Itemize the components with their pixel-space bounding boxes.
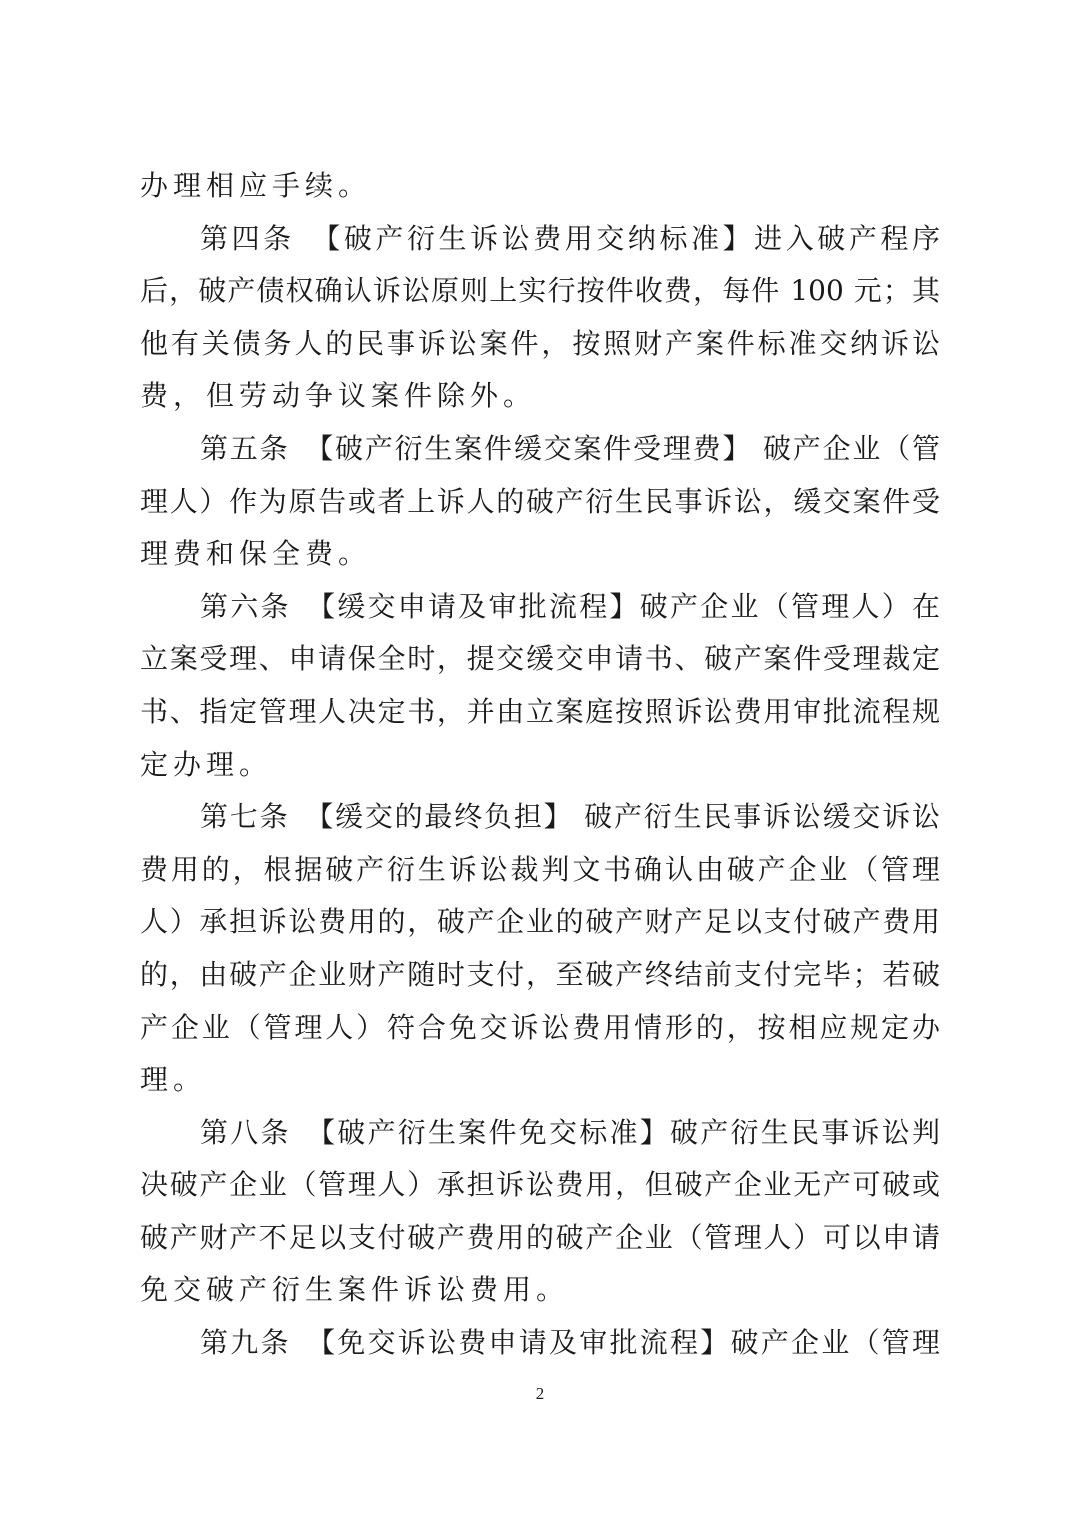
text-line: 免交破产衍生案件诉讼费用。 [140,1264,940,1317]
text-line: 人）承担诉讼费用的，破产企业的破产财产足以支付破产费用 [140,896,940,949]
text-line: 后，破产债权确认诉讼原则上实行按件收费，每件 100 元；其 [140,265,940,318]
article-4-heading-line: 第四条 【破产衍生诉讼费用交纳标准】进入破产程序 [140,213,940,266]
text-line: 理费和保全费。 [140,528,940,581]
article-9-heading-line: 第九条 【免交诉讼费申请及审批流程】破产企业（管理 [140,1317,940,1370]
text-line: 定办理。 [140,739,940,792]
document-page: 办理相应手续。 第四条 【破产衍生诉讼费用交纳标准】进入破产程序 后，破产债权确… [0,0,1080,1528]
page-number: 2 [0,1384,1080,1404]
text-line: 办理相应手续。 [140,160,940,213]
text-line: 费用的，根据破产衍生诉讼裁判文书确认由破产企业（管理 [140,844,940,897]
article-5-heading-line: 第五条 【破产衍生案件缓交案件受理费】 破产企业（管 [140,423,940,476]
text-line: 决破产企业（管理人）承担诉讼费用，但破产企业无产可破或 [140,1159,940,1212]
text-line: 的，由破产企业财产随时支付，至破产终结前支付完毕；若破 [140,949,940,1002]
text-line: 书、指定管理人决定书，并由立案庭按照诉讼费用审批流程规 [140,686,940,739]
text-line: 费，但劳动争议案件除外。 [140,370,940,423]
article-8-heading-line: 第八条 【破产衍生案件免交标准】破产衍生民事诉讼判 [140,1107,940,1160]
text-line: 理。 [140,1054,940,1107]
text-line: 产企业（管理人）符合免交诉讼费用情形的，按相应规定办 [140,1002,940,1055]
text-line: 破产财产不足以支付破产费用的破产企业（管理人）可以申请 [140,1212,940,1265]
text-line: 他有关债务人的民事诉讼案件，按照财产案件标准交纳诉讼 [140,318,940,371]
article-7-heading-line: 第七条 【缓交的最终负担】 破产衍生民事诉讼缓交诉讼 [140,791,940,844]
document-body: 办理相应手续。 第四条 【破产衍生诉讼费用交纳标准】进入破产程序 后，破产债权确… [140,160,940,1370]
text-line: 理人）作为原告或者上诉人的破产衍生民事诉讼，缓交案件受 [140,476,940,529]
text-line: 立案受理、申请保全时，提交缓交申请书、破产案件受理裁定 [140,633,940,686]
article-6-heading-line: 第六条 【缓交申请及审批流程】破产企业（管理人）在 [140,581,940,634]
